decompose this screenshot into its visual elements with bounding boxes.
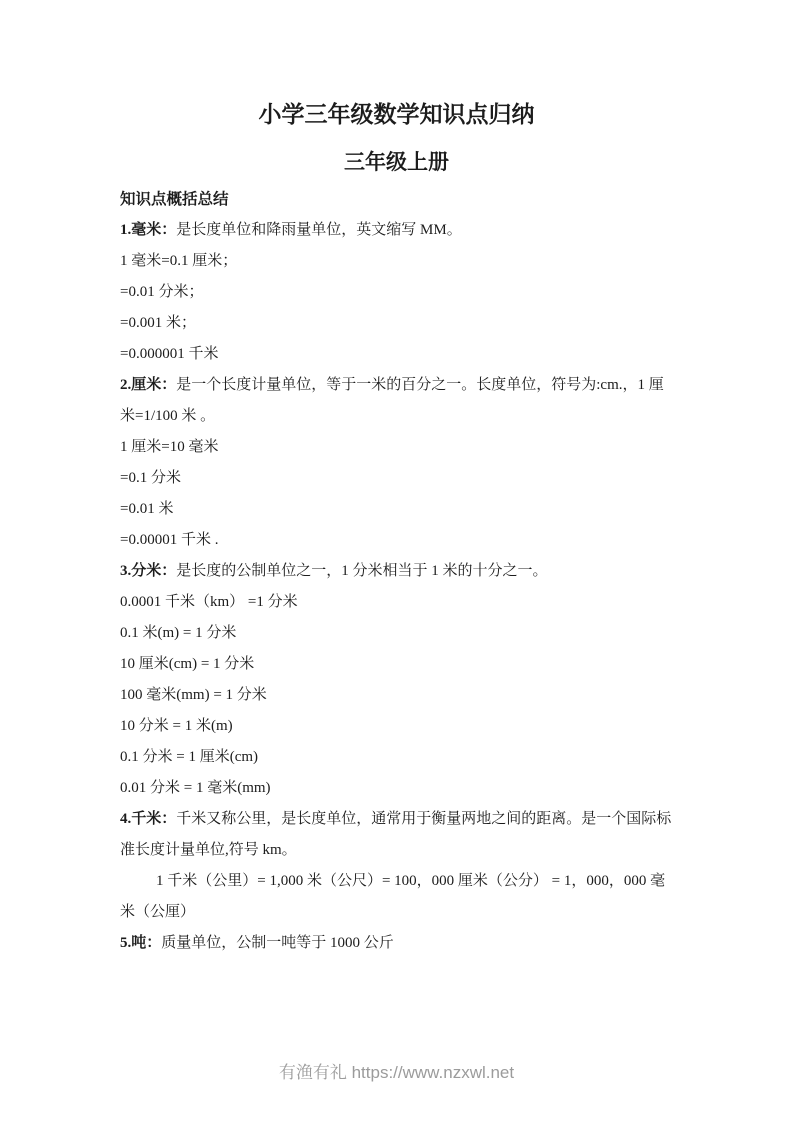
item-3-definition: 是长度的公制单位之一，1 分米相当于 1 米的十分之一。 — [176, 563, 547, 579]
doc-body: 知识点概括总结 1.毫米：是长度单位和降雨量单位，英文缩写 MM。 1 毫米=0… — [0, 184, 793, 959]
item-1-equation-line: =0.000001 千米 — [120, 339, 675, 370]
item-5-definition: 质量单位，公制一吨等于 1000 公斤 — [161, 935, 394, 951]
item-4-kilometer: 4.千米：千米又称公里，是长度单位，通常用于衡量两地之间的距离。是一个国际标准长… — [120, 804, 675, 866]
item-3-equation-line: 0.1 分米 = 1 厘米(cm) — [120, 742, 675, 773]
watermark-footer: 有渔有礼 https://www.nzxwl.net — [0, 1060, 793, 1086]
item-2-equation-line: =0.00001 千米 . — [120, 525, 675, 556]
item-4-definition: 千米又称公里，是长度单位，通常用于衡量两地之间的距离。是一个国际标准长度计量单位… — [120, 811, 671, 858]
item-3-equation-line: 0.01 分米 = 1 毫米(mm) — [120, 773, 675, 804]
item-2-equation-line: =0.1 分米 — [120, 463, 675, 494]
item-2-centimeter: 2.厘米：是一个长度计量单位，等于一米的百分之一。长度单位，符号为:cm.，1 … — [120, 370, 675, 432]
item-1-equation-line: =0.001 米； — [120, 308, 675, 339]
item-3-equation-line: 10 分米 = 1 米(m) — [120, 711, 675, 742]
doc-title: 小学三年级数学知识点归纳 — [0, 0, 793, 132]
item-3-equation-line: 0.1 米(m) = 1 分米 — [120, 618, 675, 649]
item-5-ton: 5.吨：质量单位，公制一吨等于 1000 公斤 — [120, 928, 675, 959]
item-2-definition: 是一个长度计量单位，等于一米的百分之一。长度单位，符号为:cm.，1 厘米=1/… — [120, 377, 664, 424]
item-3-equation-line: 100 毫米(mm) = 1 分米 — [120, 680, 675, 711]
item-3-equation-line: 10 厘米(cm) = 1 分米 — [120, 649, 675, 680]
item-1-equation-line: =0.01 分米； — [120, 277, 675, 308]
item-3-equation-line: 0.0001 千米（km） =1 分米 — [120, 587, 675, 618]
doc-subtitle: 三年级上册 — [0, 146, 793, 178]
section-heading: 知识点概括总结 — [120, 184, 675, 215]
item-2-equation-line: =0.01 米 — [120, 494, 675, 525]
item-4-term: 4.千米： — [120, 811, 176, 827]
document-page: 小学三年级数学知识点归纳 三年级上册 知识点概括总结 1.毫米：是长度单位和降雨… — [0, 0, 793, 1122]
item-1-term: 1.毫米： — [120, 222, 176, 238]
item-5-term: 5.吨： — [120, 935, 161, 951]
item-3-decimeter: 3.分米：是长度的公制单位之一，1 分米相当于 1 米的十分之一。 — [120, 556, 675, 587]
item-1-millimeter: 1.毫米：是长度单位和降雨量单位，英文缩写 MM。 — [120, 215, 675, 246]
item-1-equation-line: 1 毫米=0.1 厘米； — [120, 246, 675, 277]
item-3-term: 3.分米： — [120, 563, 176, 579]
item-1-definition: 是长度单位和降雨量单位，英文缩写 MM。 — [176, 222, 461, 238]
item-2-equation-line: 1 厘米=10 毫米 — [120, 432, 675, 463]
item-4-equation-line: 1 千米（公里）= 1,000 米（公尺）= 100，000 厘米（公分） = … — [120, 866, 675, 928]
item-2-term: 2.厘米： — [120, 377, 176, 393]
